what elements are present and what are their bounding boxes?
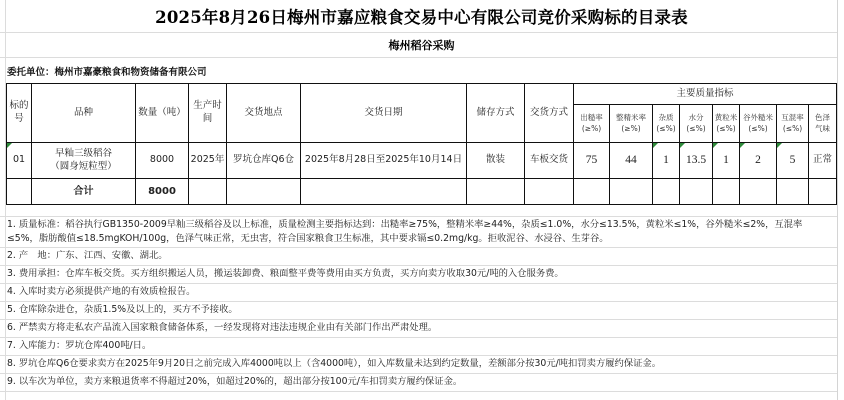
cell-quality-yellow-rice[interactable]: 1 [713, 143, 740, 179]
note-cost: 3. 费用承担：仓库车板交货。买方组织搬运人员，搬运装卸费、粮面整平费等费用由买… [7, 266, 564, 282]
cell-total-empty[interactable] [301, 179, 467, 205]
note-impurity-rejection: 5. 仓库除杂进仓，杂质1.5%及以上的，买方不予接收。 [7, 302, 238, 318]
consignor-label: 委托单位：梅州市嘉豪粮食和物资储备有限公司 [7, 58, 207, 83]
header-quality-husked-rate: 出糙率(≥%) [574, 105, 610, 143]
cell-quality-moisture[interactable]: 13.5 [680, 143, 713, 179]
cell-total-empty[interactable] [7, 179, 32, 205]
sheet-right-edge [837, 0, 844, 400]
header-quality-husked-outside: 谷外糙米(≤%) [740, 105, 777, 143]
header-quantity: 数量（吨） [136, 84, 189, 143]
cell-quality-head-rice-rate[interactable]: 44 [610, 143, 653, 179]
total-row: 合计 8000 [7, 179, 837, 205]
document-title: 2025年8月26日梅州市嘉应粮食交易中心有限公司竞价采购标的目录表 [6, 0, 837, 32]
header-quality-mixing-rate: 互混率(≤%) [777, 105, 809, 143]
header-quality-yellow-rice: 黄粒米(≤%) [713, 105, 740, 143]
note-inspection-report: 4. 入库时卖方必须提供产地的有效质检报告。 [7, 284, 195, 300]
cell-total-empty[interactable] [189, 179, 227, 205]
cell-quality-husked-rate[interactable]: 75 [574, 143, 610, 179]
cell-total-empty[interactable] [713, 179, 740, 205]
header-quality-head-rice-rate: 整精米率(≥%) [610, 105, 653, 143]
cell-quantity[interactable]: 8000 [136, 143, 189, 179]
note-return-rate: 9. 以车次为单位，卖方来粮退货率不得超过20%，如超过20%的，超出部分按10… [7, 374, 462, 390]
note-intake-deadline: 8. 罗坑仓库Q6仓要求卖方在2025年9月20日之前完成入库4000吨以上（含… [7, 356, 661, 372]
total-label[interactable]: 合计 [32, 179, 136, 205]
cell-lot-no[interactable]: 01 [7, 143, 32, 179]
cell-production-time[interactable]: 2025年 [189, 143, 227, 179]
header-quality-color-odor: 色泽气味 [809, 105, 837, 143]
cell-total-empty[interactable] [610, 179, 653, 205]
total-quantity[interactable]: 8000 [136, 179, 189, 205]
header-delivery-location: 交货地点 [227, 84, 301, 143]
table-row: 01 早籼三级稻谷（圆身短粒型） 8000 2025年 罗坑仓库Q6仓 2025… [7, 143, 837, 179]
cell-total-empty[interactable] [574, 179, 610, 205]
header-quality-impurity: 杂质(≤%) [653, 105, 680, 143]
cell-delivery-location[interactable]: 罗坑仓库Q6仓 [227, 143, 301, 179]
note-origin: 2. 产 地：广东、江西、安徽、湖北。 [7, 248, 168, 264]
cell-total-empty[interactable] [653, 179, 680, 205]
note-smuggling-ban: 6. 严禁卖方将走私农产品流入国家粮食储备体系，一经发现将对违法违规企业由有关部… [7, 320, 437, 336]
cell-delivery-date[interactable]: 2025年8月28日至2025年10月14日 [301, 143, 467, 179]
header-delivery-method: 交货方式 [525, 84, 574, 143]
cell-total-empty[interactable] [809, 179, 837, 205]
cell-quality-impurity[interactable]: 1 [653, 143, 680, 179]
note-quality-standard: 1. 质量标准：稻谷执行GB1350-2009早籼三级稻谷及以上标准，质量检测主… [7, 218, 833, 246]
header-storage-method: 储存方式 [467, 84, 525, 143]
gridline [0, 391, 844, 392]
cell-total-empty[interactable] [467, 179, 525, 205]
header-quality-group: 主要质量指标 [574, 84, 837, 105]
note-intake-capacity: 7. 入库能力：罗坑仓库400吨/日。 [7, 338, 151, 354]
cell-variety[interactable]: 早籼三级稻谷（圆身短粒型） [32, 143, 136, 179]
cell-quality-color-odor[interactable]: 正常 [809, 143, 837, 179]
cell-total-empty[interactable] [227, 179, 301, 205]
cell-total-empty[interactable] [740, 179, 777, 205]
cell-quality-husked-outside[interactable]: 2 [740, 143, 777, 179]
catalog-table: 标的号 品种 数量（吨） 生产时间 交货地点 交货日期 储存方式 交货方式 主要… [6, 83, 837, 205]
cell-delivery-method[interactable]: 车板交货 [525, 143, 574, 179]
header-variety: 品种 [32, 84, 136, 143]
cell-total-empty[interactable] [680, 179, 713, 205]
header-delivery-date: 交货日期 [301, 84, 467, 143]
header-quality-moisture: 水分(≤%) [680, 105, 713, 143]
header-production-time: 生产时间 [189, 84, 227, 143]
cell-quality-mixing-rate[interactable]: 5 [777, 143, 809, 179]
document-subtitle: 梅州稻谷采购 [6, 33, 837, 57]
gridline [0, 216, 844, 217]
cell-total-empty[interactable] [777, 179, 809, 205]
header-lot-no: 标的号 [7, 84, 32, 143]
cell-total-empty[interactable] [525, 179, 574, 205]
cell-storage-method[interactable]: 散装 [467, 143, 525, 179]
